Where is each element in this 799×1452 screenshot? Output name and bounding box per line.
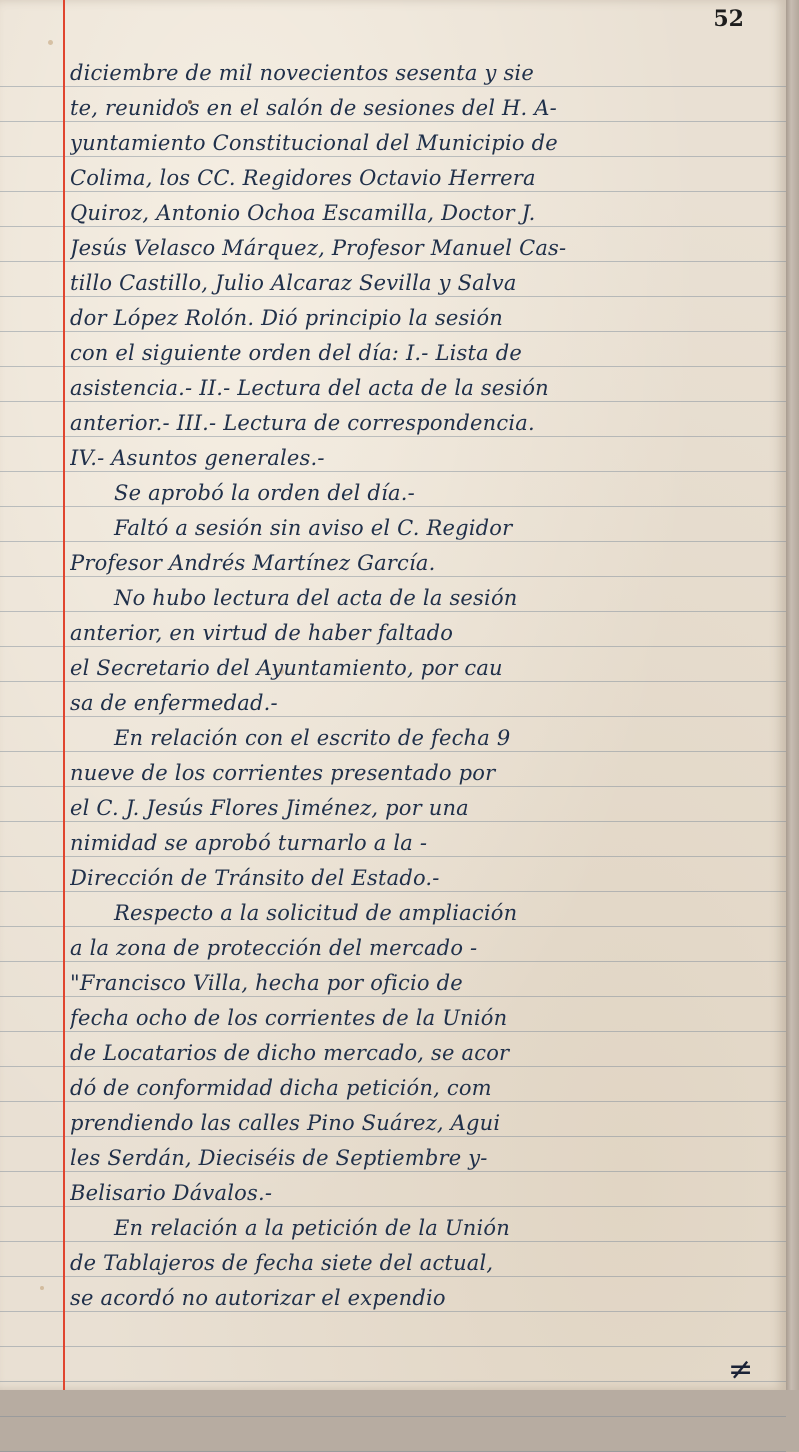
text-line: Belisario Dávalos.- bbox=[70, 1178, 780, 1208]
text-line: Quiroz, Antonio Ochoa Escamilla, Doctor … bbox=[70, 198, 780, 228]
text-line: con el siguiente orden del día: I.- List… bbox=[70, 338, 780, 368]
text-line: anterior, en virtud de haber faltado bbox=[70, 618, 780, 648]
text-line: se acordó no autorizar el expendio bbox=[70, 1283, 780, 1313]
text-line: a la zona de protección del mercado - bbox=[70, 933, 780, 963]
text-line: nimidad se aprobó turnarlo a la - bbox=[70, 828, 780, 858]
text-line: dor López Rolón. Dió principio la sesión bbox=[70, 303, 780, 333]
text-line: el Secretario del Ayuntamiento, por cau bbox=[70, 653, 780, 683]
text-line: Jesús Velasco Márquez, Profesor Manuel C… bbox=[70, 233, 780, 263]
book-edge bbox=[786, 0, 799, 1390]
text-line: No hubo lectura del acta de la sesión bbox=[70, 583, 780, 613]
ruled-line bbox=[0, 1381, 786, 1382]
text-line: el C. J. Jesús Flores Jiménez, por una bbox=[70, 793, 780, 823]
text-line: Colima, los CC. Regidores Octavio Herrer… bbox=[70, 163, 780, 193]
text-line: Se aprobó la orden del día.- bbox=[70, 478, 780, 508]
text-line: Faltó a sesión sin aviso el C. Regidor bbox=[70, 513, 780, 543]
stain-spot bbox=[48, 40, 53, 45]
text-line: sa de enfermedad.- bbox=[70, 688, 780, 718]
text-line: En relación con el escrito de fecha 9 bbox=[70, 723, 780, 753]
text-line: dó de conformidad dicha petición, com bbox=[70, 1073, 780, 1103]
text-line: IV.- Asuntos generales.- bbox=[70, 443, 780, 473]
text-line: Dirección de Tránsito del Estado.- bbox=[70, 863, 780, 893]
text-line: Profesor Andrés Martínez García. bbox=[70, 548, 780, 578]
text-line: diciembre de mil novecientos sesenta y s… bbox=[70, 58, 780, 88]
continuation-mark: ≠ bbox=[728, 1352, 753, 1387]
text-line: "Francisco Villa, hecha por oficio de bbox=[70, 968, 780, 998]
ledger-page: 52 diciembre de mil novecientos sesenta … bbox=[0, 0, 786, 1390]
text-line: de Tablajeros de fecha siete del actual, bbox=[70, 1248, 780, 1278]
text-line: les Serdán, Dieciséis de Septiembre y- bbox=[70, 1143, 780, 1173]
text-line: de Locatarios de dicho mercado, se acor bbox=[70, 1038, 780, 1068]
stain-spot bbox=[40, 1286, 44, 1290]
text-line: En relación a la petición de la Unión bbox=[70, 1213, 780, 1243]
red-margin-line bbox=[63, 0, 65, 1390]
text-line: te, reunidos en el salón de sesiones del… bbox=[70, 93, 780, 123]
text-line: fecha ocho de los corrientes de la Unión bbox=[70, 1003, 780, 1033]
ruled-line bbox=[0, 1346, 786, 1347]
text-line: yuntamiento Constitucional del Municipio… bbox=[70, 128, 780, 158]
text-line: prendiendo las calles Pino Suárez, Agui bbox=[70, 1108, 780, 1138]
text-line: nueve de los corrientes presentado por bbox=[70, 758, 780, 788]
page-number: 52 bbox=[713, 6, 744, 32]
text-line: anterior.- III.- Lectura de corresponden… bbox=[70, 408, 780, 438]
text-line: Respecto a la solicitud de ampliación bbox=[70, 898, 780, 928]
text-line: asistencia.- II.- Lectura del acta de la… bbox=[70, 373, 780, 403]
text-line: tillo Castillo, Julio Alcaraz Sevilla y … bbox=[70, 268, 780, 298]
